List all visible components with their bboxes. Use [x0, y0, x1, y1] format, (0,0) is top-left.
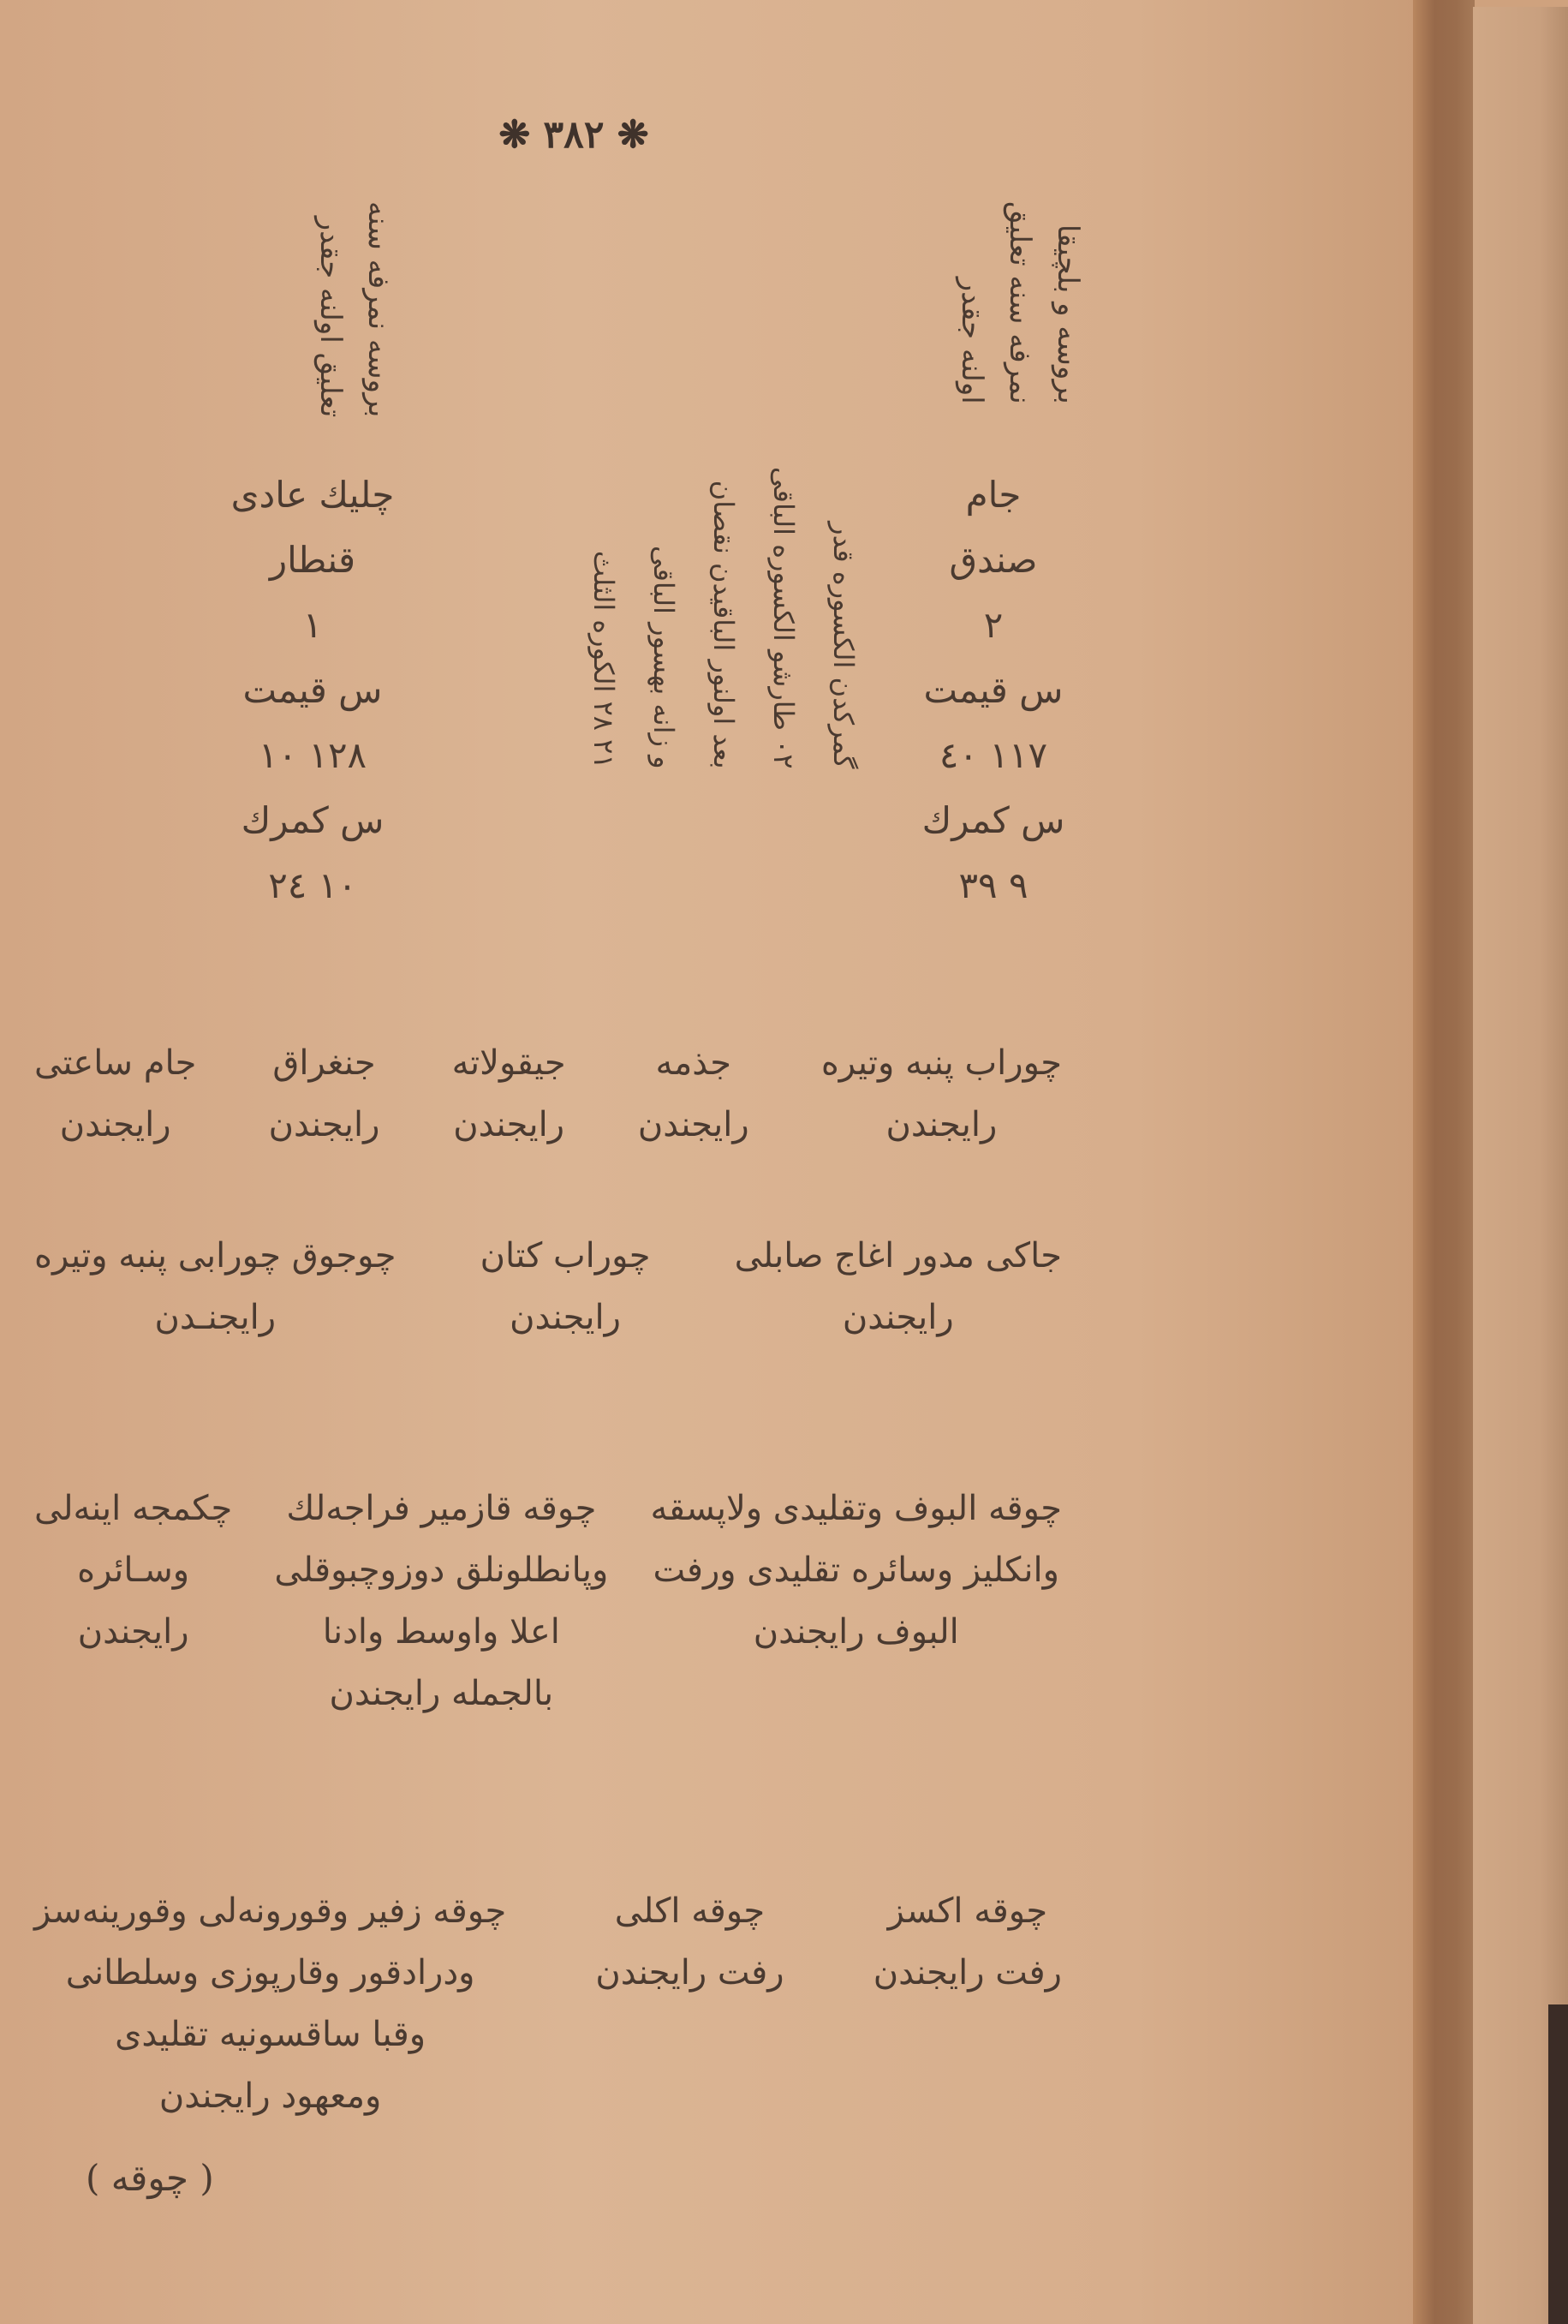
entry-rate: رایجنـدن	[34, 1287, 396, 1348]
entry-rate: رفت رایجندن	[595, 1942, 784, 2004]
note-line: ٠٢ طارشو الكسوره الباقی	[754, 467, 814, 769]
note-line: و زانه بهسور الباقی	[634, 467, 694, 769]
entry-rate: رایجندن	[34, 1601, 232, 1663]
entry: چوقه البوف وتقلیدی ولاپسقهوانكلیز وسائره…	[650, 1478, 1062, 1724]
price-label: س قیمت	[891, 658, 1096, 723]
section-1: جام ساعتیرایجندن جنغراقرایجندن جیقولاتهر…	[34, 1032, 1062, 1156]
entry-name: چكمجه اینه‌لی	[34, 1478, 232, 1539]
entry-name: چوقه اكلی	[595, 1880, 784, 1942]
quantity: ١	[210, 593, 415, 658]
header-line: اولنه جقدر	[948, 201, 996, 404]
entry-name: چوراب پنبه وتیره	[821, 1032, 1062, 1094]
entry-name: چوقه زفیر وقورونه‌لی وقورینه‌سز	[34, 1880, 506, 1942]
background-shadow	[1548, 2004, 1568, 2324]
entry-name: جنغراق	[269, 1032, 380, 1094]
entry: جیقولاتهرایجندن	[452, 1032, 566, 1156]
note-line: ٢١ ٢٨ الكوره الثلث	[574, 467, 634, 769]
tariff-column-left: چلیك عادی قنطار ١ س قیمت ١٢٨ ١٠ س كمرك ١…	[210, 463, 415, 918]
entry-name: چوقه قازمیر فراجه‌لك	[274, 1478, 608, 1539]
price-label: س قیمت	[210, 658, 415, 723]
unit: صندق	[891, 528, 1096, 593]
right-column-header: بروسه و بلچیقا نمرفه سنه تعلیق اولنه جقد…	[948, 201, 1092, 404]
note-line: گمركدن الكسوره قدر	[814, 467, 873, 769]
item-name: چلیك عادی	[210, 463, 415, 528]
entry-name-cont: وانكلیز وسائره تقلیدی ورفت	[650, 1539, 1062, 1601]
entry: چوقه اكسزرفت رایجندن	[873, 1880, 1062, 2127]
entry-name: چوجوق چورابی پنبه وتیره	[34, 1225, 396, 1287]
customs-value: ٩ ٣٩	[891, 853, 1096, 918]
page-number: ❋ ٣٨٢ ❋	[480, 113, 668, 157]
entry-rate: البوف رایجندن	[650, 1601, 1062, 1663]
entry-name: جذمه	[638, 1032, 749, 1094]
entry-rate: رایجندن	[638, 1094, 749, 1156]
entry: چوراب پنبه وتیرهرایجندن	[821, 1032, 1062, 1156]
entry-rate: رایجندن	[821, 1094, 1062, 1156]
entry-rate: ومعهود رایجندن	[34, 2065, 506, 2127]
left-column-header: بروسه نمرفه سنه تعلیق اولنه جقدر	[307, 201, 402, 417]
header-line: بروسه و بلچیقا	[1044, 201, 1092, 404]
entry: جذمهرایجندن	[638, 1032, 749, 1156]
entry-name: جام ساعتی	[34, 1032, 196, 1094]
header-line: تعلیق اولنه جقدر	[307, 201, 355, 417]
entry: چكمجه اینه‌لیوسـائرهرایجندن	[34, 1478, 232, 1724]
entry: جام ساعتیرایجندن	[34, 1032, 196, 1156]
price-value: ١١٧ ٤٠	[891, 723, 1096, 788]
entry: جاكی مدور اغاج صابلیرایجندن	[735, 1225, 1062, 1348]
entry-name-cont: وپانطلونلق دوزوچبوقلی	[274, 1539, 608, 1601]
entry-name: چوقه البوف وتقلیدی ولاپسقه	[650, 1478, 1062, 1539]
section-3: چكمجه اینه‌لیوسـائرهرایجندن چوقه قازمیر …	[34, 1478, 1062, 1724]
book-gutter	[1413, 0, 1475, 2324]
entry-name-cont: وقبا ساقسونیه تقلیدی	[34, 2004, 506, 2065]
entry: چوقه قازمیر فراجه‌لكوپانطلونلق دوزوچبوقل…	[274, 1478, 608, 1724]
entry-rate: رایجندن	[735, 1287, 1062, 1348]
ornament-icon: ❋	[498, 113, 530, 157]
customs-value: ١٠ ٢٤	[210, 853, 415, 918]
page-number-text: ٣٨٢	[544, 113, 605, 157]
entry: چوقه زفیر وقورونه‌لی وقورینه‌سزودرادقور …	[34, 1880, 506, 2127]
entry-rate: رفت رایجندن	[873, 1942, 1062, 2004]
entry-rate: رایجندن	[480, 1287, 651, 1348]
item-name: جام	[891, 463, 1096, 528]
rotated-note: گمركدن الكسوره قدر ٠٢ طارشو الكسوره البا…	[574, 467, 873, 769]
customs-label: س كمرك	[210, 788, 415, 853]
unit: قنطار	[210, 528, 415, 593]
entry-rate: رایجندن	[269, 1094, 380, 1156]
entry-rate: رایجندن	[452, 1094, 566, 1156]
entry: چوراب كتانرایجندن	[480, 1225, 651, 1348]
entry-name: چوراب كتان	[480, 1225, 651, 1287]
entry-name: جیقولاته	[452, 1032, 566, 1094]
entry-name-cont: وسـائره	[34, 1539, 232, 1601]
header-line: نمرفه سنه تعلیق	[996, 201, 1044, 404]
entry-name: چوقه اكسز	[873, 1880, 1062, 1942]
quantity: ٢	[891, 593, 1096, 658]
entry: جنغراقرایجندن	[269, 1032, 380, 1156]
price-value: ١٢٨ ١٠	[210, 723, 415, 788]
entry: چوجوق چورابی پنبه وتیرهرایجنـدن	[34, 1225, 396, 1348]
entry-grade: اعلا واوسط وادنا	[274, 1601, 608, 1663]
note-line: بعد اولنور الباقیدن نقصان	[694, 467, 754, 769]
entry-rate: رایجندن	[34, 1094, 196, 1156]
catchword: ( چوقه )	[86, 2160, 214, 2196]
ornament-icon: ❋	[617, 113, 649, 157]
entry-name-cont: ودرادقور وقارپوزی وسلطانی	[34, 1942, 506, 2004]
entry-rate: بالجمله رایجندن	[274, 1663, 608, 1724]
section-4: چوقه زفیر وقورونه‌لی وقورینه‌سزودرادقور …	[34, 1880, 1062, 2127]
section-2: چوجوق چورابی پنبه وتیرهرایجنـدن چوراب كت…	[34, 1225, 1062, 1348]
customs-label: س كمرك	[891, 788, 1096, 853]
tariff-column-right: جام صندق ٢ س قیمت ١١٧ ٤٠ س كمرك ٩ ٣٩	[891, 463, 1096, 918]
adjacent-page-edge	[1473, 7, 1568, 2324]
header-line: بروسه نمرفه سنه	[355, 201, 402, 417]
entry: چوقه اكلیرفت رایجندن	[595, 1880, 784, 2127]
entry-name: جاكی مدور اغاج صابلی	[735, 1225, 1062, 1287]
